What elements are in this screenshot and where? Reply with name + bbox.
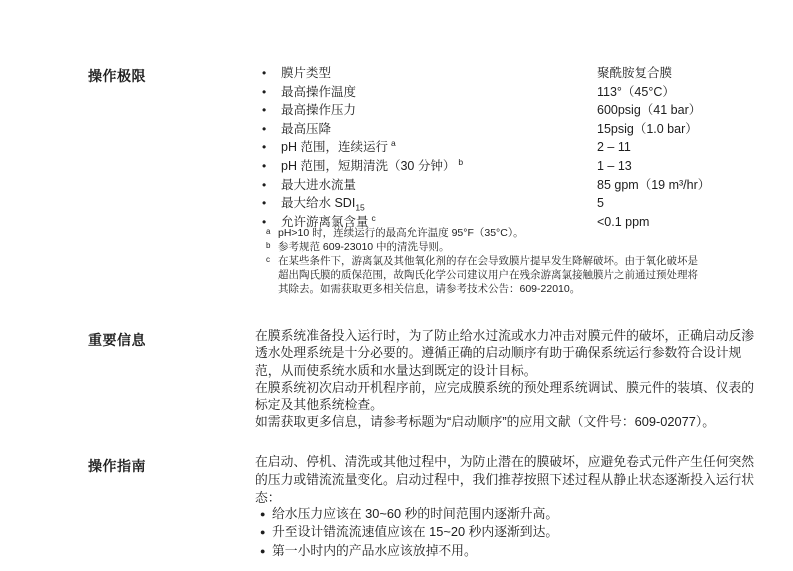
bullet-icon: •	[255, 157, 281, 176]
limit-label: 最高操作压力	[281, 101, 597, 120]
footnote-a: a pH>10 时，连续运行的最高允许温度 95°F（35°C）。	[266, 226, 778, 240]
bullet-icon: •	[255, 138, 281, 157]
paragraph-line: 如需获取更多信息，请参考标题为“启动顺序”的应用文献（文件号：609-02077…	[255, 413, 754, 430]
limit-row: • 最高操作温度 113°（45°C）	[255, 83, 790, 102]
paragraph-line: 在膜系统准备投入运行时，为了防止给水过流或水力冲击对膜元件的破坏，正确启动反渗	[255, 327, 754, 344]
paragraph-line: 在膜系统初次启动开机程序前，应完成膜系统的预处理系统调试、膜元件的装填、仪表的	[255, 379, 754, 396]
paragraph-line: 在启动、停机、清洗或其他过程中，为防止潜在的膜破坏，应避免卷式元件产生任何突然	[255, 453, 754, 471]
footnote-text: 其除去。如需获取更多相关信息，请参考技术公告：609-22010。	[278, 282, 778, 296]
guide-bullet-row: ● 给水压力应该在 30~60 秒的时间范围内逐渐升高。	[255, 505, 790, 523]
limit-label: 最大进水流量	[281, 176, 597, 195]
limit-value: 5	[597, 194, 790, 213]
bullet-icon: •	[255, 101, 281, 120]
important-info-paragraph: 在膜系统准备投入运行时，为了防止给水过流或水力冲击对膜元件的破坏，正确启动反渗 …	[255, 327, 754, 431]
section-heading-operating-guide: 操作指南	[88, 456, 146, 476]
limit-row: • 膜片类型 聚酰胺复合膜	[255, 64, 790, 83]
operating-guide-list: ● 给水压力应该在 30~60 秒的时间范围内逐渐升高。 ● 升至设计错流流速值…	[255, 505, 790, 560]
footnote-marker: c	[266, 253, 278, 267]
paragraph-line: 透水处理系统是十分必要的。遵循正确的启动顺序有助于确保系统运行参数符合设计规	[255, 344, 754, 361]
bullet-icon: ●	[255, 542, 272, 560]
paragraph-line: 标定及其他系统检查。	[255, 396, 754, 413]
guide-bullet-text: 升至设计错流流速值应该在 15~20 秒内逐渐到达。	[272, 523, 558, 541]
guide-bullet-text: 给水压力应该在 30~60 秒的时间范围内逐渐升高。	[272, 505, 558, 523]
limit-label: 最高压降	[281, 120, 597, 139]
footnote-marker: a	[266, 225, 278, 239]
limit-row: • 最大进水流量 85 gpm（19 m³/hr）	[255, 176, 790, 195]
footnote-text: 在某些条件下，游离氯及其他氧化剂的存在会导致膜片提早发生降解破坏。由于氧化破坏是	[278, 254, 778, 268]
footnote-marker: a	[391, 138, 396, 148]
limit-row: • 最大给水 SDI15 5	[255, 194, 790, 213]
guide-bullet-text: 第一小时内的产品水应该放掉不用。	[272, 542, 477, 560]
bullet-icon: ●	[255, 523, 272, 541]
guide-bullet-row: ● 第一小时内的产品水应该放掉不用。	[255, 542, 790, 560]
footnote-text: pH>10 时，连续运行的最高允许温度 95°F（35°C）。	[278, 226, 778, 240]
paragraph-line: 的压力或错流流量变化。启动过程中，我们推荐按照下述过程从静止状态逐渐投入运行状	[255, 471, 754, 489]
limit-row: • pH 范围，短期清洗（30 分钟）b 1 – 13	[255, 157, 790, 176]
limit-label: 最大给水 SDI15	[281, 194, 597, 213]
limit-label: pH 范围，连续运行a	[281, 138, 597, 157]
footnote-marker: c	[372, 213, 376, 223]
bullet-icon: •	[255, 120, 281, 139]
bullet-icon: ●	[255, 505, 272, 523]
section-heading-operating-limits: 操作极限	[88, 66, 146, 86]
bullet-icon: •	[255, 176, 281, 195]
limit-label: pH 范围，短期清洗（30 分钟）b	[281, 157, 597, 176]
footnotes-block: a pH>10 时，连续运行的最高允许温度 95°F（35°C）。 b 参考规范…	[266, 226, 778, 296]
limit-row: • 最高压降 15psig（1.0 bar）	[255, 120, 790, 139]
paragraph-line: 范，从而使系统水质和水量达到既定的设计目标。	[255, 362, 754, 379]
limit-value: 85 gpm（19 m³/hr）	[597, 176, 790, 195]
limit-value: 113°（45°C）	[597, 83, 790, 102]
footnote-marker: b	[458, 157, 463, 167]
limit-value: 15psig（1.0 bar）	[597, 120, 790, 139]
guide-bullet-row: ● 升至设计错流流速值应该在 15~20 秒内逐渐到达。	[255, 523, 790, 541]
limit-label: 膜片类型	[281, 64, 597, 83]
footnote-b: b 参考规范 609-23010 中的清洗导则。	[266, 240, 778, 254]
bullet-icon: •	[255, 83, 281, 102]
footnote-text: 超出陶氏膜的质保范围，故陶氏化学公司建议用户在残余游离氯接触膜片之前通过预处理将	[278, 268, 778, 282]
limit-value: 1 – 13	[597, 157, 790, 176]
limit-value: 600psig（41 bar）	[597, 101, 790, 120]
footnote-c: c 在某些条件下，游离氯及其他氧化剂的存在会导致膜片提早发生降解破坏。由于氧化破…	[266, 254, 778, 296]
limit-value: 聚酰胺复合膜	[597, 64, 790, 83]
operating-limits-list: • 膜片类型 聚酰胺复合膜 • 最高操作温度 113°（45°C） • 最高操作…	[255, 64, 790, 231]
limit-row: • 最高操作压力 600psig（41 bar）	[255, 101, 790, 120]
limit-label: 最高操作温度	[281, 83, 597, 102]
footnote-marker: b	[266, 239, 278, 253]
limit-value: 2 – 11	[597, 138, 790, 157]
subscript-15: 15	[355, 203, 364, 213]
operating-guide-paragraph: 在启动、停机、清洗或其他过程中，为防止潜在的膜破坏，应避免卷式元件产生任何突然 …	[255, 453, 754, 506]
limit-row: • pH 范围，连续运行a 2 – 11	[255, 138, 790, 157]
bullet-icon: •	[255, 64, 281, 83]
footnote-text: 参考规范 609-23010 中的清洗导则。	[278, 240, 778, 254]
bullet-icon: •	[255, 194, 281, 213]
section-heading-important-info: 重要信息	[88, 330, 146, 350]
paragraph-line: 态：	[255, 489, 754, 507]
